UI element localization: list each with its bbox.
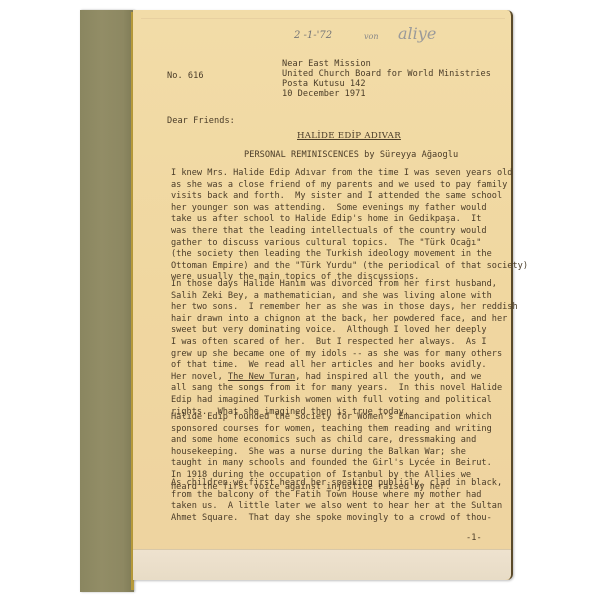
text-line: In those days Halide Hanım was divorced … [171, 279, 491, 291]
text-line: visits back and forth. My sister and I a… [171, 191, 491, 203]
text-line: housekeeping. She was a nurse during the… [171, 447, 491, 459]
handwritten-name: aliye [398, 24, 436, 43]
letter-number: No. 616 [167, 71, 204, 81]
sender-address: Near East Mission United Church Board fo… [282, 59, 491, 99]
address-line: Posta Kutusu 142 [282, 79, 491, 89]
text-line: and some home economics such as child ca… [171, 435, 491, 447]
text-line: of that time. We read all her articles a… [171, 360, 491, 372]
text-line: gather to discuss various cultural topic… [171, 238, 491, 250]
salutation: Dear Friends: [167, 116, 235, 126]
text-line: her younger son was attending. Some even… [171, 203, 491, 215]
text-line: from the balcony of the Fatih Town House… [171, 490, 491, 502]
text-line: sweet but very dominating voice. Althoug… [171, 325, 491, 337]
text-line: I knew Mrs. Halide Edip Adıvar from the … [171, 168, 491, 180]
text-line: all sang the songs from it for many year… [171, 383, 491, 395]
text-line: I was often scared of her. But I respect… [171, 337, 491, 349]
text-line: sponsored courses for women, teaching th… [171, 424, 491, 436]
text-line: As children we first heard her speaking … [171, 478, 491, 490]
handwritten-word: von [364, 32, 379, 41]
text-line: Her novel, The New Turan, had inspired a… [171, 372, 491, 384]
address-line: Near East Mission [282, 59, 491, 69]
text-line: Halide Edip founded the Society for Wome… [171, 412, 491, 424]
paragraph-1: I knew Mrs. Halide Edip Adıvar from the … [171, 168, 491, 284]
text-line: her two sons. I remember her as she was … [171, 302, 491, 314]
document-title: HALİDE EDİP ADIVAR [297, 131, 401, 141]
folder-cover [80, 10, 134, 592]
text-line: as she was a close friend of my parents … [171, 180, 491, 192]
text-line: Ottoman Empire) and the "Türk Yurdu" (th… [171, 261, 491, 273]
text-line: taught in many schools and founded the G… [171, 458, 491, 470]
text-line: take us after school to Halide Edip's ho… [171, 214, 491, 226]
text-line: taken us. A little later we also went to… [171, 501, 491, 513]
text-line: grew up she became one of my idols -- as… [171, 349, 491, 361]
document-subtitle: PERSONAL REMINISCENCES by Süreyya Ağaogl… [244, 150, 458, 160]
address-line: United Church Board for World Ministries [282, 69, 491, 79]
text-line: Ahmet Square. That day she spoke movingl… [171, 513, 491, 525]
page-number: -1- [466, 533, 482, 543]
text-line: hair drawn into a chignon at the back, h… [171, 314, 491, 326]
page-bottom-strip [133, 549, 511, 580]
text-line: Edip had imagined Turkish women with ful… [171, 395, 491, 407]
text-line: was there that the leading intellectuals… [171, 226, 491, 238]
paragraph-4: As children we first heard her speaking … [171, 478, 491, 524]
paragraph-2: In those days Halide Hanım was divorced … [171, 279, 491, 418]
handwritten-date: 2 -1-'72 [294, 30, 332, 41]
address-line: 10 December 1971 [282, 89, 491, 99]
text-line: Salih Zeki Bey, a mathematician, and she… [171, 291, 491, 303]
book-title: The New Turan [228, 372, 295, 382]
text-line: (the society then leading the Turkish id… [171, 249, 491, 261]
